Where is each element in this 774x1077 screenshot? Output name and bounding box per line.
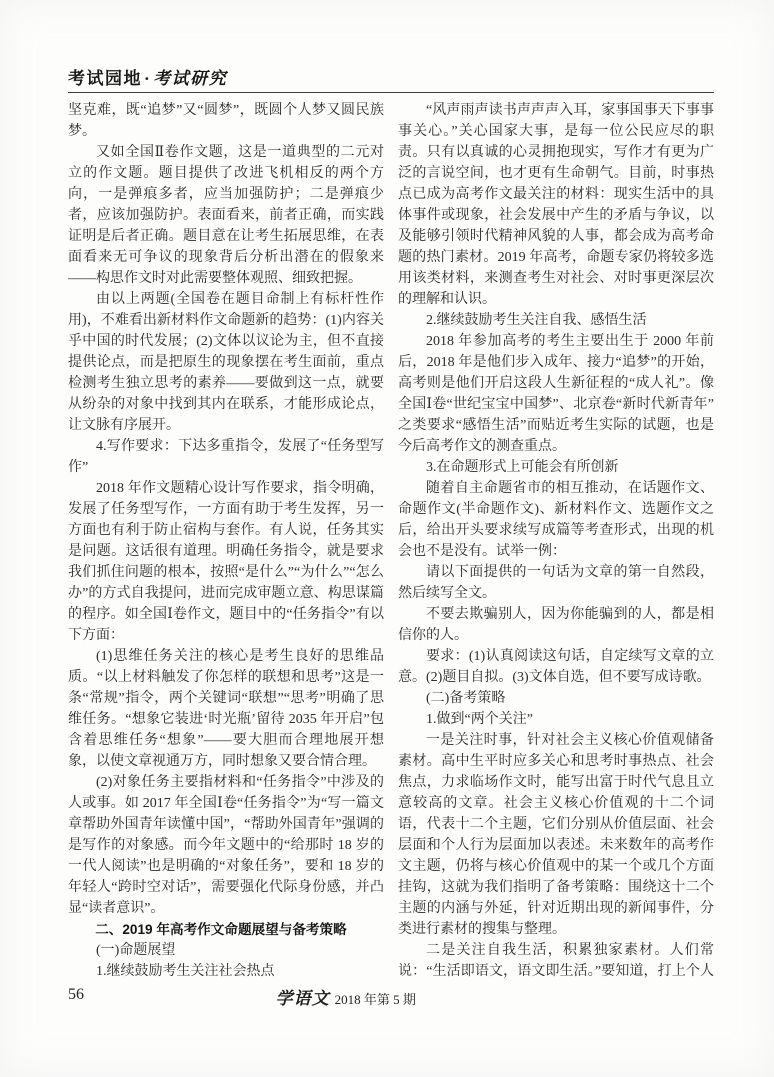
page-footer: 56 学语文2018 年第 5 期 [68,984,714,1008]
paragraph: (二)备考策略 [398,688,714,709]
article-body: 坚克难，既“追梦”又“圆梦”，既圆个人梦又圆民族梦。又如全国Ⅱ卷作文题，这是一道… [68,100,714,980]
paragraph: 1.做到“两个关注” [398,709,714,730]
paragraph: 要求：(1)认真阅读这句话，自定续写文章的立意。(2)题目自拟。(3)文体自选，… [398,646,714,688]
paragraph: (一)命题展望 [68,940,384,961]
paragraph: (2)对象任务主要指材料和“任务指令”中涉及的人或事。如 2017 年全国Ⅰ卷“… [68,772,384,919]
article-type-title: 考试研究 [153,69,227,89]
paragraph: 1.继续鼓励考生关注社会热点 [68,961,384,980]
paragraph: 随着自主命题省市的相互推动，在话题作文、命题作文(半命题作文)、新材料作文、选题… [398,478,714,562]
left-column: 坚克难，既“追梦”又“圆梦”，既圆个人梦又圆民族梦。又如全国Ⅱ卷作文题，这是一道… [68,100,384,980]
page-header: 考试园地·考试研究 [68,64,227,89]
paragraph: 二是关注自我生活，积累独家素材。人们常说：“生活即语文，语文即生活。”要知道，打… [398,940,714,980]
paragraph: 4.写作要求：下达多重指令，发展了“任务型写作” [68,436,384,478]
journal-page: 考试园地·考试研究 坚克难，既“追梦”又“圆梦”，既圆个人梦又圆民族梦。又如全国… [0,0,774,1077]
paragraph: 2018 年作文题精心设计写作要求，指令明确，发展了任务型写作，一方面有助于考生… [68,478,384,646]
paragraph: (1)思维任务关注的核心是考生良好的思维品质。“以上材料触发了你怎样的联想和思考… [68,646,384,772]
column-title: 考试园地 [68,69,142,88]
paragraph: 坚克难，既“追梦”又“圆梦”，既圆个人梦又圆民族梦。 [68,100,384,142]
paragraph: 3.在命题形式上可能会有所创新 [398,457,714,478]
paragraph: 一是关注时事，针对社会主义核心价值观储备素材。高中生平时应多关心和思考时事热点、… [398,730,714,940]
paragraph: 不要去欺骗别人，因为你能骗到的人，都是相信你的人。 [398,604,714,646]
paragraph: 请以下面提供的一句话为文章的第一自然段，然后续写全文。 [398,562,714,604]
journal-name: 学语文 [276,989,330,1009]
section-heading: 二、2019 年高考作文命题展望与备考策略 [68,919,384,940]
paragraph: “风声雨声读书声声声入耳，家事国事天下事事事关心。”关心国家大事，是每一位公民应… [398,100,714,310]
right-column: “风声雨声读书声声声入耳，家事国事天下事事事关心。”关心国家大事，是每一位公民应… [398,100,714,980]
paragraph: 由以上两题(全国卷在题目命制上有标杆性作用)，不难看出新材料作文命题新的趋势：(… [68,289,384,436]
page-number: 56 [68,986,84,1004]
journal-info: 学语文2018 年第 5 期 [276,984,416,1009]
paragraph: 2018 年参加高考的考生主要出生于 2000 年前后，2018 年是他们步入成… [398,331,714,457]
title-separator: · [142,69,153,88]
paragraph: 2.继续鼓励考生关注自我、感悟生活 [398,310,714,331]
paragraph: 又如全国Ⅱ卷作文题，这是一道典型的二元对立的作文题。题目提供了改进飞机相反的两个… [68,142,384,289]
header-rule [68,92,714,93]
issue-info: 2018 年第 5 期 [335,992,416,1007]
